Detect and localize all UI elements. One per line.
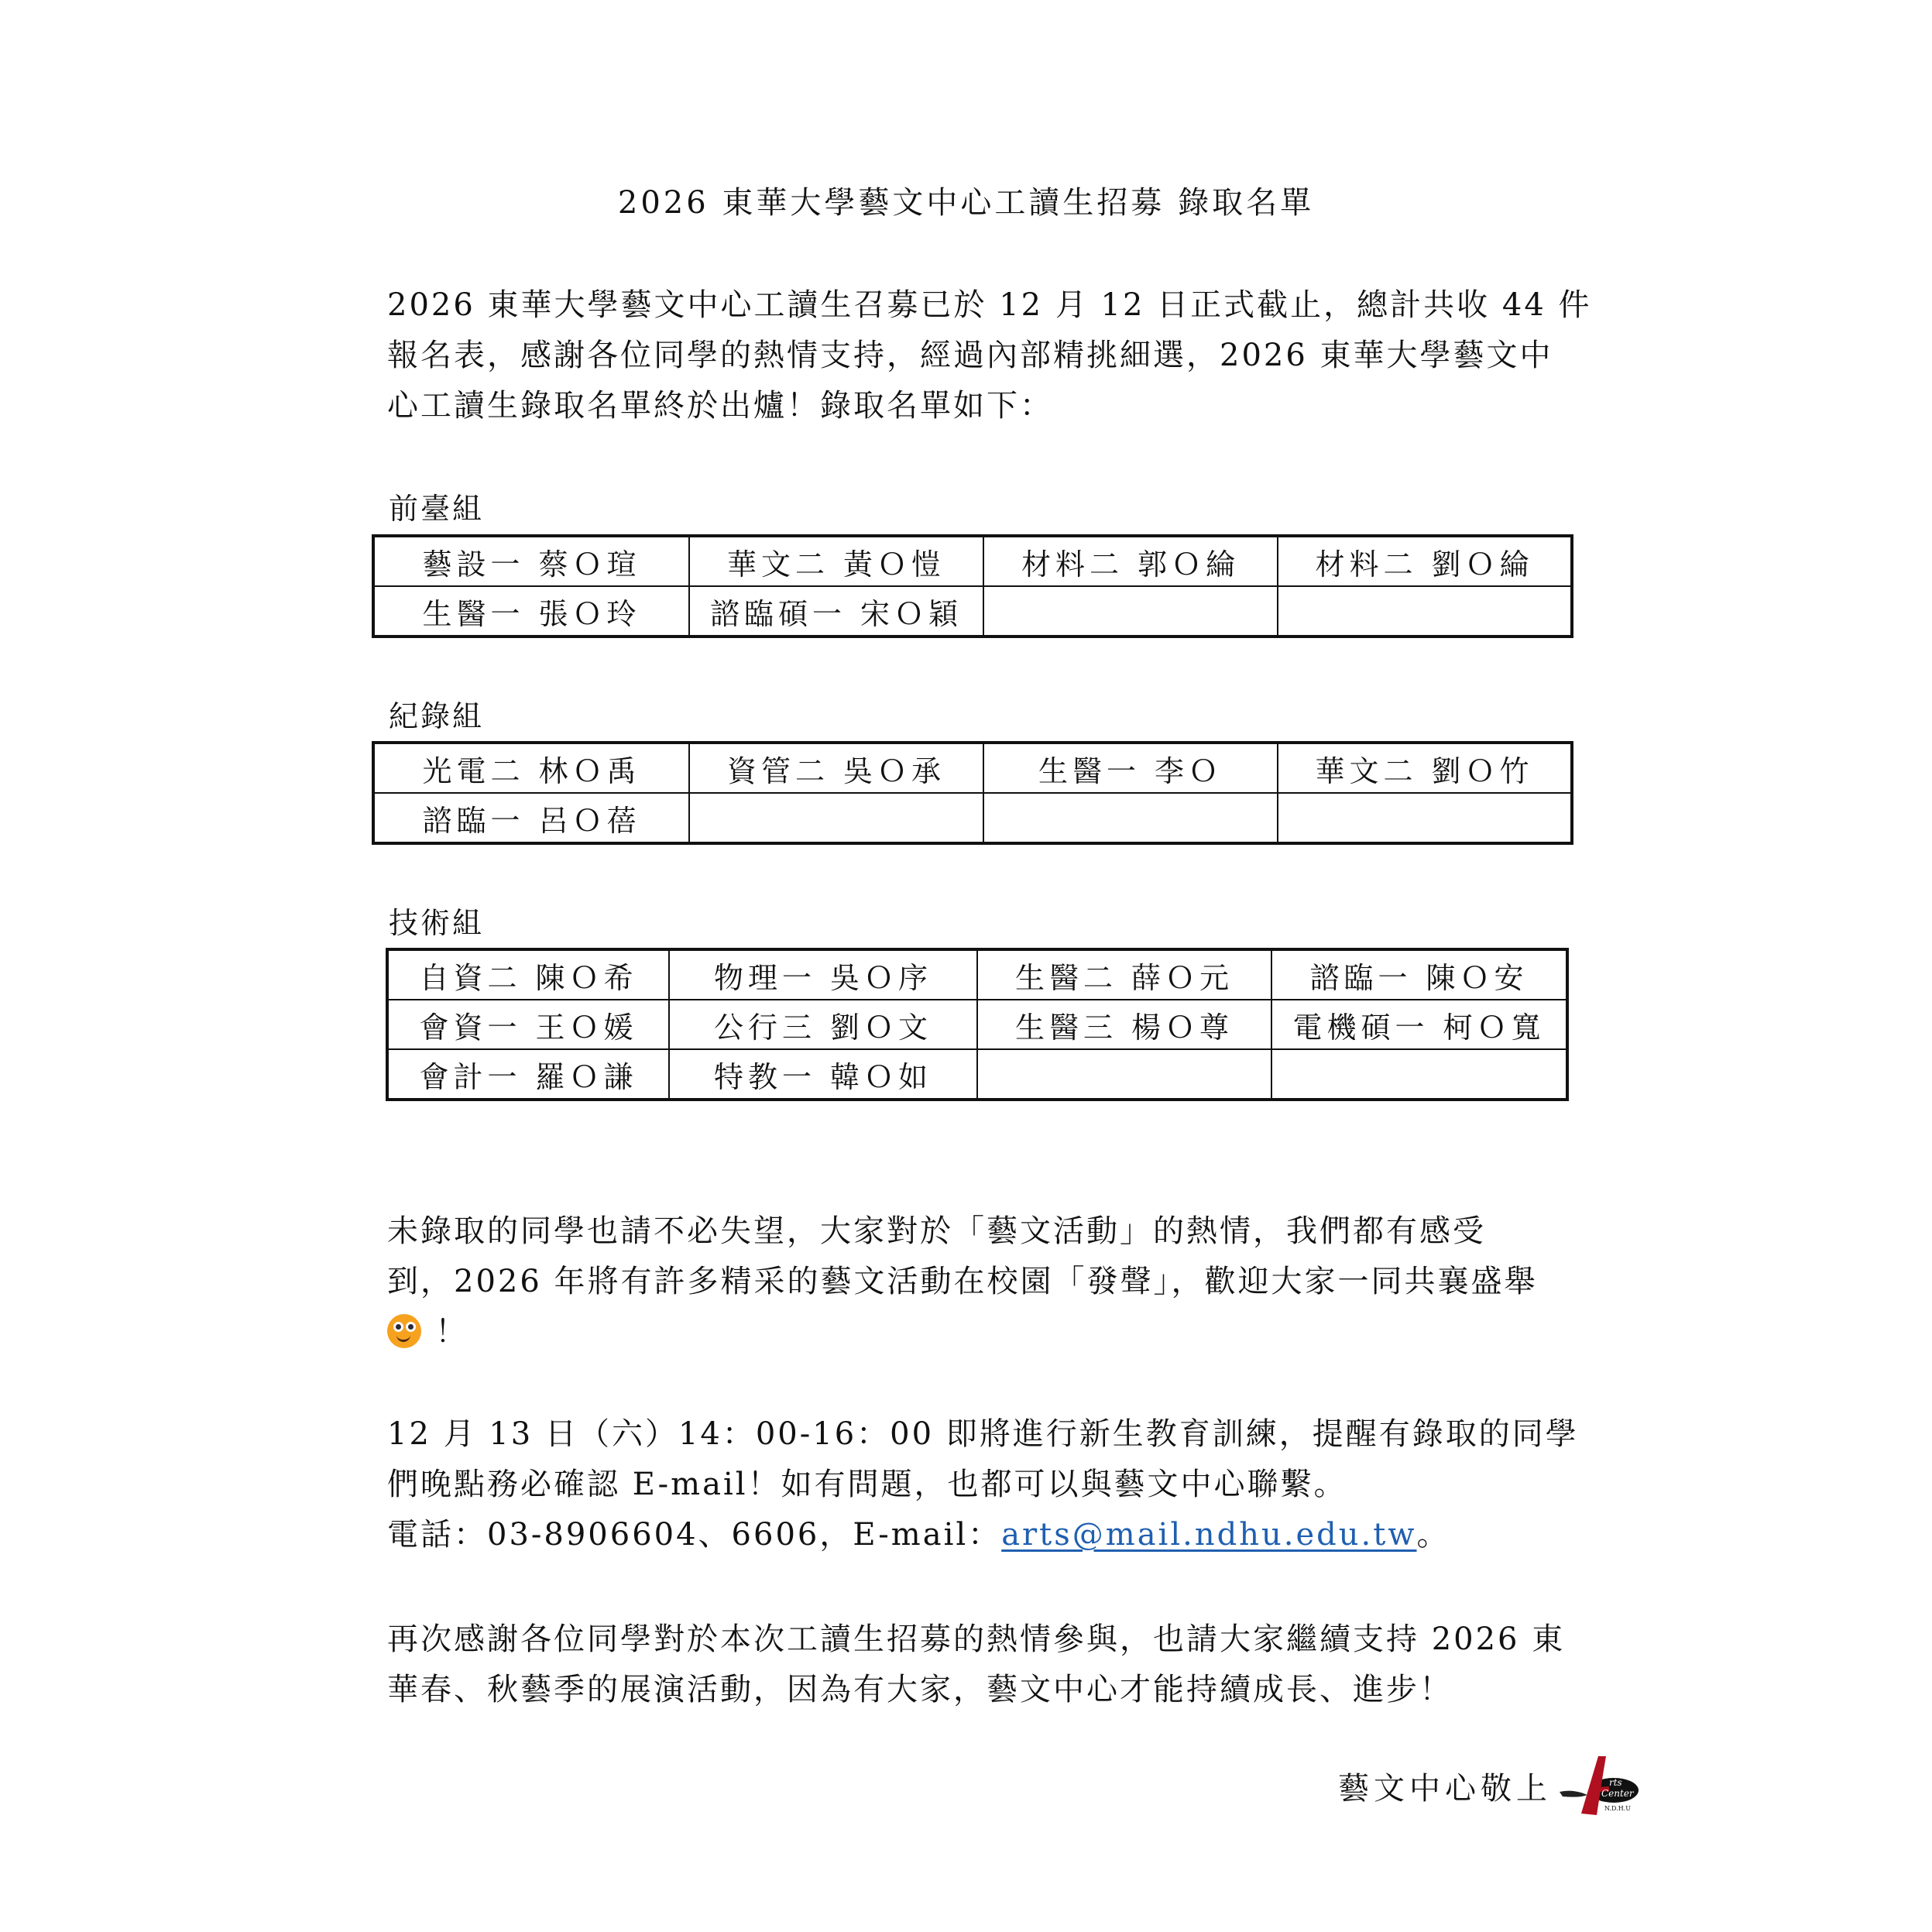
table-row: 藝設一 蔡Ｏ瑄 華文二 黃Ｏ愷 材料二 郭Ｏ綸 材料二 劉Ｏ綸 xyxy=(373,536,1572,586)
table-cell: 諮臨一 陳Ｏ安 xyxy=(1271,949,1567,1000)
arts-center-logo-icon: rts Center N.D.H.U xyxy=(1558,1752,1643,1821)
encourage-paragraph: 未錄取的同學也請不必失望，大家對於「藝文活動」的熱情，我們都有感受 到，2026… xyxy=(387,1206,1580,1357)
svg-text:N.D.H.U: N.D.H.U xyxy=(1604,1805,1631,1812)
table-row: 會資一 王Ｏ媛 公行三 劉Ｏ文 生醫三 楊Ｏ尊 電機碩一 柯Ｏ寬 xyxy=(387,1000,1567,1049)
table-row: 生醫一 張Ｏ玲 諮臨碩一 宋Ｏ穎 xyxy=(373,586,1572,637)
table-row: 光電二 林Ｏ禹 資管二 吳Ｏ承 生醫一 李Ｏ 華文二 劉Ｏ竹 xyxy=(373,743,1572,793)
table-cell: 會計一 羅Ｏ謙 xyxy=(387,1049,669,1100)
table-cell: 諮臨一 呂Ｏ蓓 xyxy=(373,793,689,843)
technical-table: 自資二 陳Ｏ希 物理一 吳Ｏ序 生醫二 薛Ｏ元 諮臨一 陳Ｏ安 會資一 王Ｏ媛 … xyxy=(386,948,1569,1101)
group-label-technical: 技術組 xyxy=(389,904,484,942)
training-line: 12 月 13 日（六）14：00-16：00 即將進行新生教育訓練，提醒有錄取… xyxy=(387,1409,1580,1460)
encourage-line-tail: ！ xyxy=(387,1307,1580,1357)
intro-line: 報名表，感謝各位同學的熱情支持，經過內部精挑細選，2026 東華大學藝文中 xyxy=(387,331,1580,381)
table-row: 自資二 陳Ｏ希 物理一 吳Ｏ序 生醫二 薛Ｏ元 諮臨一 陳Ｏ安 xyxy=(387,949,1567,1000)
table-cell xyxy=(1278,793,1572,843)
smiling-face-icon xyxy=(387,1314,421,1348)
table-cell xyxy=(983,793,1278,843)
front-desk-table: 藝設一 蔡Ｏ瑄 華文二 黃Ｏ愷 材料二 郭Ｏ綸 材料二 劉Ｏ綸 生醫一 張Ｏ玲 … xyxy=(372,534,1573,638)
table-cell xyxy=(1278,586,1572,637)
recording-table: 光電二 林Ｏ禹 資管二 吳Ｏ承 生醫一 李Ｏ 華文二 劉Ｏ竹 諮臨一 呂Ｏ蓓 xyxy=(372,741,1573,845)
table-row: 諮臨一 呂Ｏ蓓 xyxy=(373,793,1572,843)
table-cell: 藝設一 蔡Ｏ瑄 xyxy=(373,536,689,586)
thanks-paragraph: 再次感謝各位同學對於本次工讀生招募的熱情參與，也請大家繼續支持 2026 東 華… xyxy=(387,1615,1580,1715)
table-cell: 生醫二 薛Ｏ元 xyxy=(977,949,1271,1000)
table-cell: 電機碩一 柯Ｏ寬 xyxy=(1271,1000,1567,1049)
group-label-recording: 紀錄組 xyxy=(389,697,484,736)
table-cell: 物理一 吳Ｏ序 xyxy=(669,949,977,1000)
svg-text:Center: Center xyxy=(1601,1788,1635,1799)
table-row: 會計一 羅Ｏ謙 特教一 韓Ｏ如 xyxy=(387,1049,1567,1100)
svg-text:rts: rts xyxy=(1609,1777,1622,1788)
table-cell: 生醫一 李Ｏ xyxy=(983,743,1278,793)
encourage-line: 到，2026 年將有許多精采的藝文活動在校園「發聲」，歡迎大家一同共襄盛舉 xyxy=(387,1257,1580,1307)
table-cell: 公行三 劉Ｏ文 xyxy=(669,1000,977,1049)
table-cell: 特教一 韓Ｏ如 xyxy=(669,1049,977,1100)
contact-prefix: 電話：03-8906604、6606，E-mail： xyxy=(387,1517,1001,1553)
group-label-front-desk: 前臺組 xyxy=(389,489,484,528)
table-cell: 華文二 黃Ｏ愷 xyxy=(689,536,983,586)
page-title: 2026 東華大學藝文中心工讀生招募 錄取名單 xyxy=(0,180,1932,226)
table-cell: 諮臨碩一 宋Ｏ穎 xyxy=(689,586,983,637)
thanks-line: 華春、秋藝季的展演活動，因為有大家，藝文中心才能持續成長、進步！ xyxy=(387,1665,1580,1715)
table-cell: 華文二 劉Ｏ竹 xyxy=(1278,743,1572,793)
signature: 藝文中心敬上 xyxy=(1338,1766,1552,1812)
table-cell: 資管二 吳Ｏ承 xyxy=(689,743,983,793)
exclamation: ！ xyxy=(435,1314,468,1350)
intro-line: 心工讀生錄取名單終於出爐！錄取名單如下： xyxy=(387,381,1580,431)
intro-paragraph: 2026 東華大學藝文中心工讀生召募已於 12 月 12 日正式截止，總計共收 … xyxy=(387,280,1580,431)
table-cell: 生醫一 張Ｏ玲 xyxy=(373,586,689,637)
table-cell xyxy=(977,1049,1271,1100)
training-paragraph: 12 月 13 日（六）14：00-16：00 即將進行新生教育訓練，提醒有錄取… xyxy=(387,1409,1580,1560)
table-cell xyxy=(983,586,1278,637)
thanks-line: 再次感謝各位同學對於本次工讀生招募的熱情參與，也請大家繼續支持 2026 東 xyxy=(387,1615,1580,1665)
table-cell xyxy=(689,793,983,843)
contact-line: 電話：03-8906604、6606，E-mail：arts@mail.ndhu… xyxy=(387,1510,1580,1560)
table-cell: 自資二 陳Ｏ希 xyxy=(387,949,669,1000)
encourage-line: 未錄取的同學也請不必失望，大家對於「藝文活動」的熱情，我們都有感受 xyxy=(387,1206,1580,1257)
arts-center-logo: rts Center N.D.H.U xyxy=(1558,1752,1643,1821)
table-cell xyxy=(1271,1049,1567,1100)
contact-suffix: 。 xyxy=(1417,1517,1450,1553)
table-cell: 材料二 郭Ｏ綸 xyxy=(983,536,1278,586)
table-cell: 會資一 王Ｏ媛 xyxy=(387,1000,669,1049)
email-link[interactable]: arts@mail.ndhu.edu.tw xyxy=(1001,1517,1416,1553)
table-cell: 材料二 劉Ｏ綸 xyxy=(1278,536,1572,586)
training-line: 們晚點務必確認 E-mail！如有問題，也都可以與藝文中心聯繫。 xyxy=(387,1460,1580,1510)
table-cell: 光電二 林Ｏ禹 xyxy=(373,743,689,793)
intro-line: 2026 東華大學藝文中心工讀生召募已於 12 月 12 日正式截止，總計共收 … xyxy=(387,280,1580,331)
table-cell: 生醫三 楊Ｏ尊 xyxy=(977,1000,1271,1049)
